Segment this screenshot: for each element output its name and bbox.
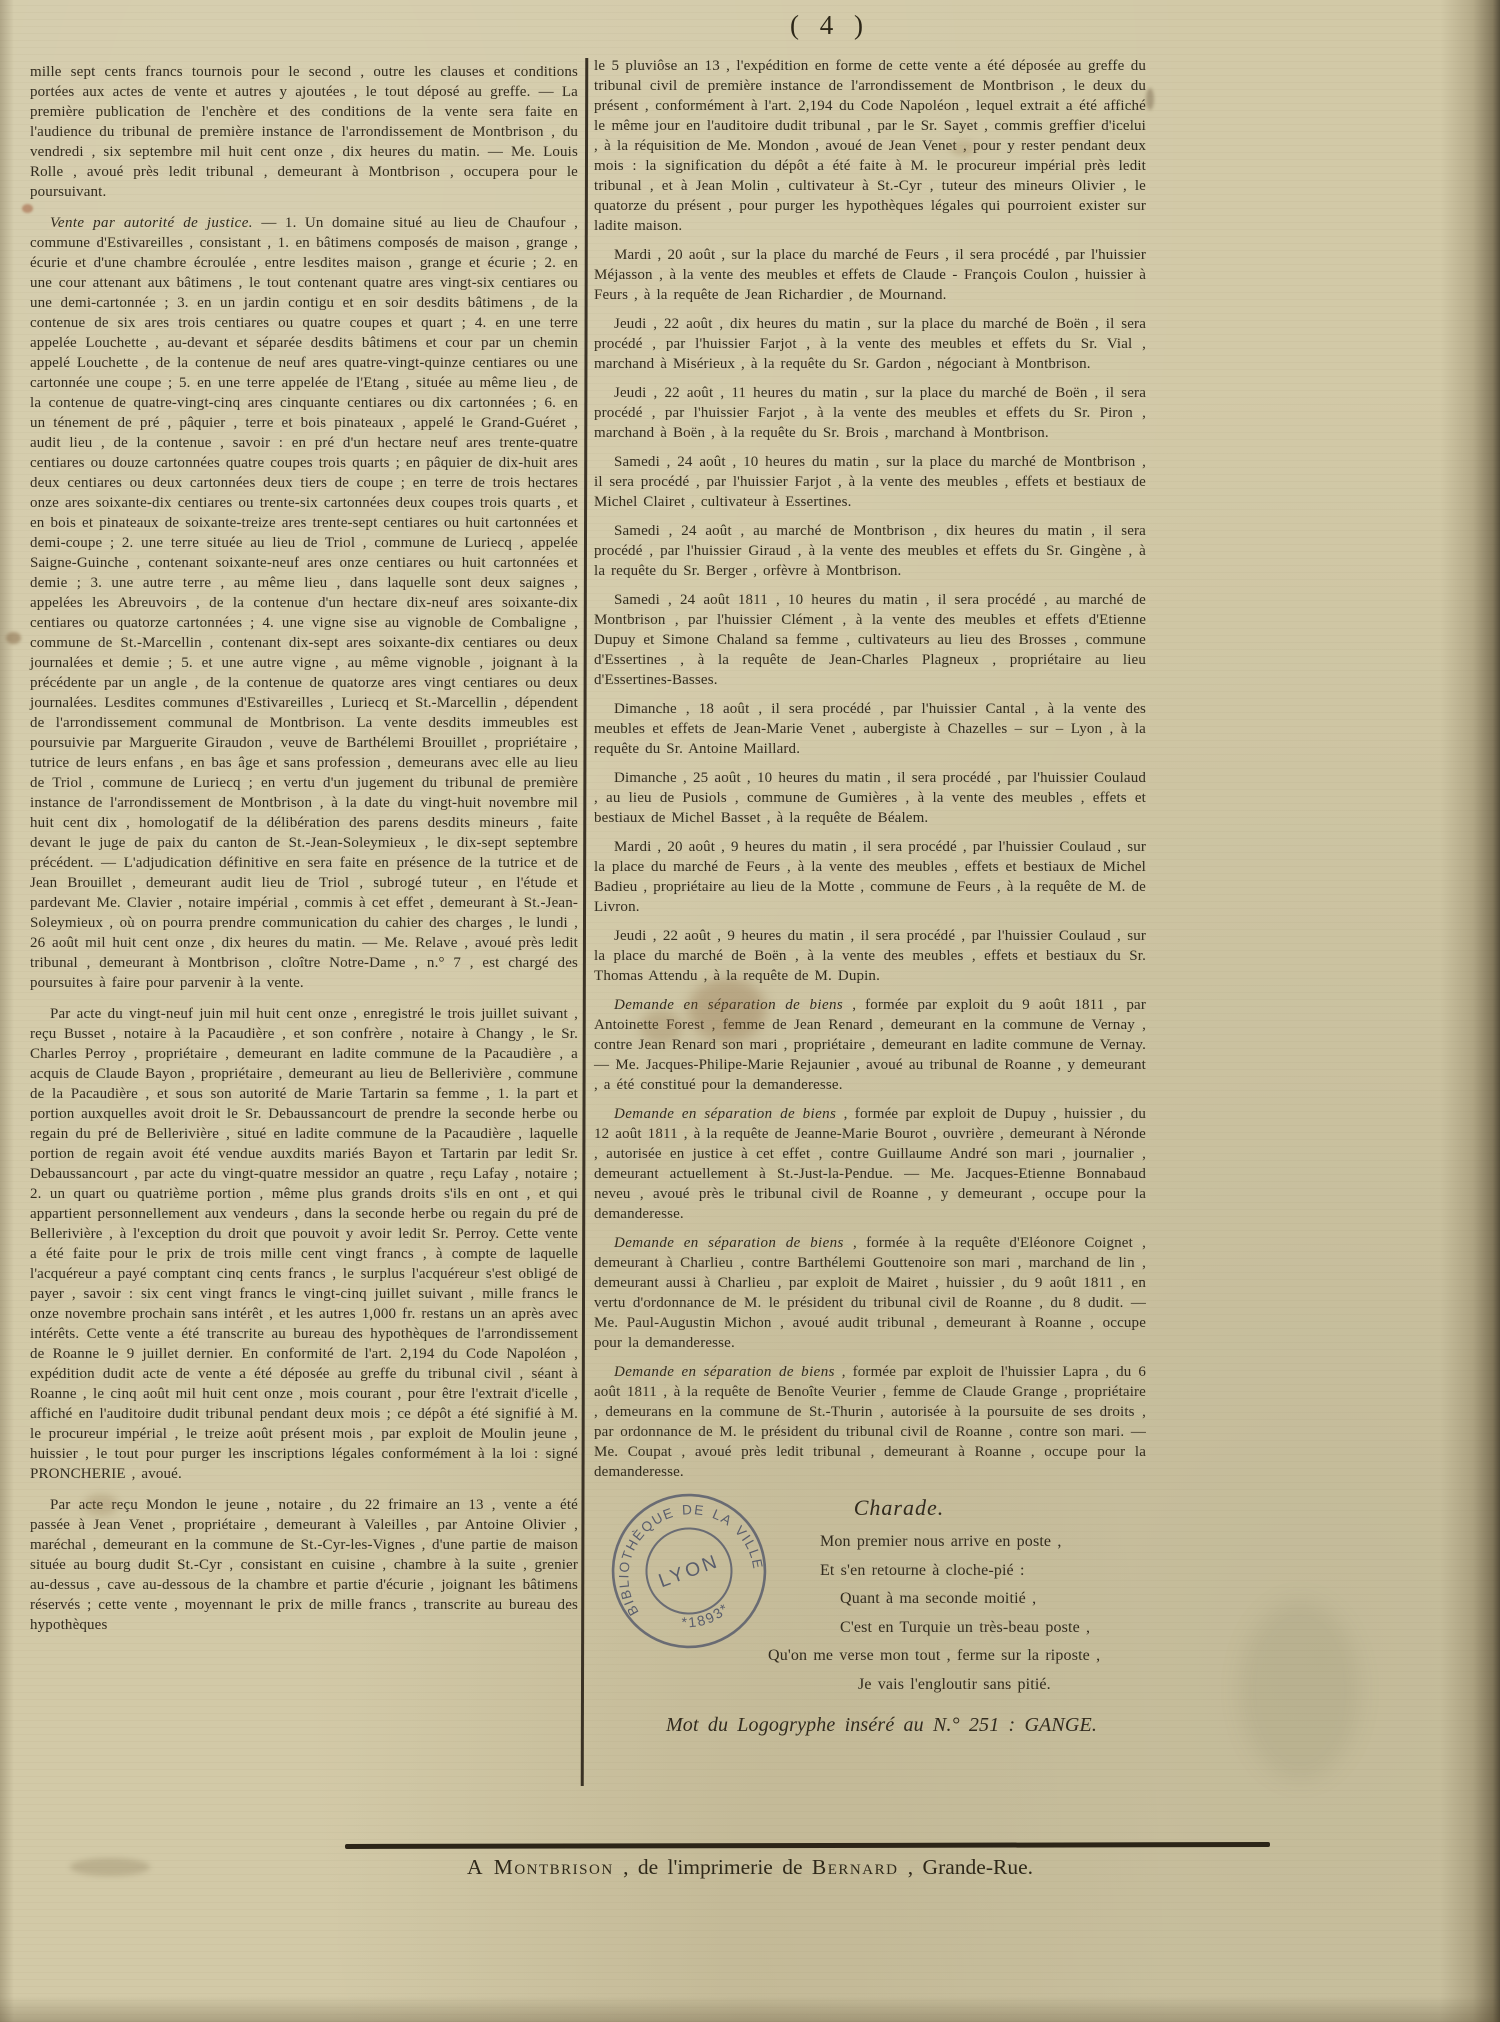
paragraph-text: Jeudi , 22 août , dix heures du matin , …	[594, 316, 1146, 372]
paragraph-text: , formée par exploit de l'huissier Lapra…	[594, 1364, 1146, 1480]
poem-line: Et s'en retourne à cloche-pié :	[820, 1557, 1146, 1586]
paragraph-text: , formée par exploit de Dupuy , huissier…	[594, 1106, 1146, 1222]
paragraph-text: Mardi , 20 août , sur la place du marché…	[594, 247, 1146, 303]
paragraph: Samedi , 24 août , 10 heures du matin , …	[594, 452, 1146, 512]
paragraph: Jeudi , 22 août , dix heures du matin , …	[594, 314, 1146, 374]
paragraph-text: — 1. Un domaine situé au lieu de Chaufou…	[30, 215, 578, 991]
footer-text-2: , Grande-Rue.	[898, 1855, 1033, 1879]
paragraph: Jeudi , 22 août , 9 heures du matin , il…	[594, 926, 1146, 986]
library-stamp: BIBLIOTHÈQUE DE LA VILLE LYON *1893*	[585, 1467, 793, 1675]
poem-line: C'est en Turquie un très-beau poste ,	[840, 1614, 1146, 1643]
paragraph: Dimanche , 25 août , 10 heures du matin …	[594, 768, 1146, 828]
paragraph-text: Dimanche , 18 août , il sera procédé , p…	[594, 701, 1146, 757]
footer-place: A Montbrison	[467, 1855, 614, 1879]
paragraph-text: Samedi , 24 août 1811 , 10 heures du mat…	[594, 592, 1146, 688]
footer-imprint: A Montbrison , de l'imprimerie de Bernar…	[0, 1855, 1500, 1880]
charade-title: Charade.	[784, 1498, 1014, 1518]
page-number: ( 4 )	[790, 10, 870, 41]
right-column-paragraphs: le 5 pluviôse an 13 , l'expédition en fo…	[594, 56, 1146, 1482]
paragraph-text: le 5 pluviôse an 13 , l'expédition en fo…	[594, 58, 1146, 234]
stamp-ring-text: BIBLIOTHÈQUE DE LA VILLE	[595, 1481, 767, 1619]
paragraph: Samedi , 24 août 1811 , 10 heures du mat…	[594, 590, 1146, 690]
paper-edge-left	[0, 0, 14, 2022]
paragraph-text: , formée à la requête d'Eléonore Coignet…	[594, 1235, 1146, 1351]
poem-line: Mon premier nous arrive en poste ,	[820, 1528, 1146, 1557]
svg-text:BIBLIOTHÈQUE DE LA VILLE: BIBLIOTHÈQUE DE LA VILLE	[595, 1481, 767, 1619]
stain	[1240, 1600, 1360, 1780]
paragraph-text: Par acte du vingt-neuf juin mil huit cen…	[30, 1006, 578, 1482]
stamp-center-text: LYON	[656, 1551, 722, 1592]
footer-rule	[345, 1842, 1270, 1848]
charade-poem: Mon premier nous arrive en poste ,Et s'e…	[820, 1528, 1146, 1699]
paragraph: Dimanche , 18 août , il sera procédé , p…	[594, 699, 1146, 759]
paragraph-lead: Demande en séparation de biens	[614, 1106, 836, 1122]
paragraph-text: mille sept cents francs tournois pour le…	[30, 64, 578, 200]
svg-text:*1893*: *1893*	[676, 1598, 736, 1637]
newspaper-page: ( 4 ) mille sept cents francs tournois p…	[0, 0, 1500, 2022]
paragraph-lead: Vente par autorité de justice.	[50, 215, 253, 231]
paragraph: le 5 pluviôse an 13 , l'expédition en fo…	[594, 56, 1146, 236]
right-column: le 5 pluviôse an 13 , l'expédition en fo…	[594, 56, 1146, 1748]
poem-line: Quant à ma seconde moitié ,	[840, 1585, 1146, 1614]
paragraph: Par acte reçu Mondon le jeune , notaire …	[30, 1495, 578, 1635]
paragraph: mille sept cents francs tournois pour le…	[30, 62, 578, 202]
paragraph-text: Jeudi , 22 août , 11 heures du matin , s…	[594, 385, 1146, 441]
paragraph-lead: Demande en séparation de biens	[614, 1235, 844, 1251]
paragraph: Par acte du vingt-neuf juin mil huit cen…	[30, 1004, 578, 1484]
paragraph-lead: Demande en séparation de biens	[614, 1364, 835, 1380]
footer-printer: Bernard	[812, 1855, 899, 1879]
poem-line: Qu'on me verse mon tout , ferme sur la r…	[768, 1642, 1146, 1671]
paragraph-text: Par acte reçu Mondon le jeune , notaire …	[30, 1497, 578, 1633]
paragraph-text: Samedi , 24 août , au marché de Montbris…	[594, 523, 1146, 579]
stamp-year-text: *1893*	[676, 1598, 736, 1637]
paragraph-text: Mardi , 20 août , 9 heures du matin , il…	[594, 839, 1146, 915]
paragraph: Demande en séparation de biens , formée …	[594, 1104, 1146, 1224]
poem-line: Je vais l'engloutir sans pitié.	[858, 1671, 1146, 1700]
left-column: mille sept cents francs tournois pour le…	[30, 62, 578, 1646]
paragraph-text: Samedi , 24 août , 10 heures du matin , …	[594, 454, 1146, 510]
paragraph: Vente par autorité de justice. — 1. Un d…	[30, 213, 578, 993]
logogryphe-line: Mot du Logogryphe inséré au N.° 251 : GA…	[666, 1715, 1146, 1735]
paragraph-lead: Demande en séparation de biens	[614, 997, 843, 1013]
paragraph: Demande en séparation de biens , formée …	[594, 995, 1146, 1095]
paragraph: Jeudi , 22 août , 11 heures du matin , s…	[594, 383, 1146, 443]
footer-text-1: , de l'imprimerie de	[614, 1855, 812, 1879]
paragraph: Mardi , 20 août , 9 heures du matin , il…	[594, 837, 1146, 917]
paragraph: Samedi , 24 août , au marché de Montbris…	[594, 521, 1146, 581]
paragraph: Mardi , 20 août , sur la place du marché…	[594, 245, 1146, 305]
stain	[1146, 88, 1154, 110]
paragraph: Demande en séparation de biens , formée …	[594, 1233, 1146, 1353]
paragraph-text: Dimanche , 25 août , 10 heures du matin …	[594, 770, 1146, 826]
paragraph-text: Jeudi , 22 août , 9 heures du matin , il…	[594, 928, 1146, 984]
paper-edge-bottom	[0, 1996, 1500, 2022]
charade-section: BIBLIOTHÈQUE DE LA VILLE LYON *1893* Cha…	[594, 1498, 1146, 1748]
paper-edge-right	[1440, 0, 1500, 2022]
paragraph: Demande en séparation de biens , formée …	[594, 1362, 1146, 1482]
